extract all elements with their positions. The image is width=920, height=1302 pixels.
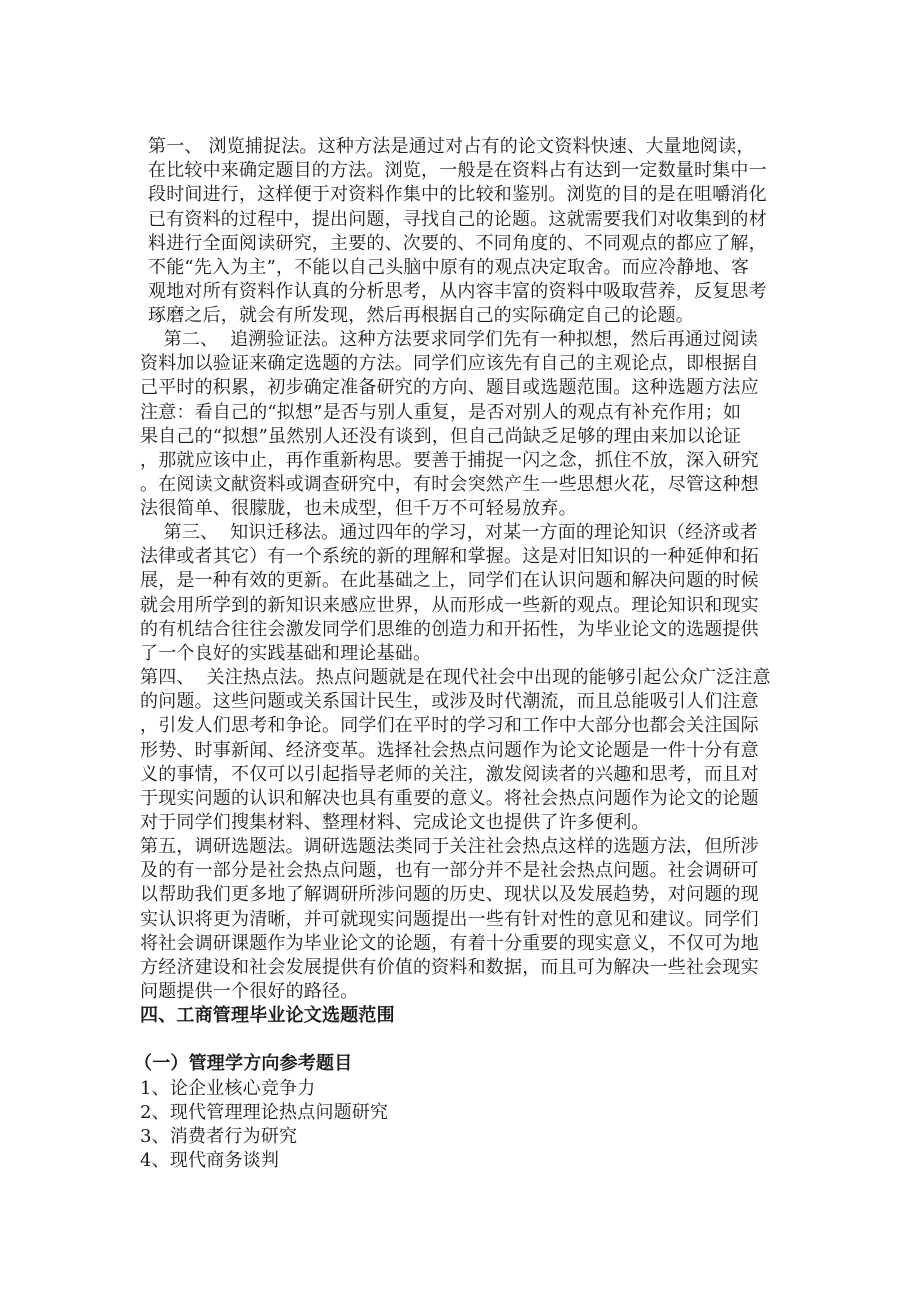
text-line: 果自己的“拟想”虽然别人还没有谈到，但自己尚缺乏足够的理由来加以论证 xyxy=(140,425,800,449)
text-line: 就会用所学到的新知识来感应世界，从而形成一些新的观点。理论知识和现实 xyxy=(140,594,800,618)
topic-item: 3、消费者行为研究 xyxy=(140,1125,800,1149)
text-line: 将社会调研课题作为毕业论文的论题，有着十分重要的现实意义，不仅可为地 xyxy=(140,932,800,956)
text-line: 展，是一种有效的更新。在此基础之上，同学们在认识问题和解决问题的时候 xyxy=(140,569,800,593)
text-line: 实认识将更为清晰，并可就现实问题提出一些有针对性的意见和建议。同学们 xyxy=(140,908,800,932)
text-line: 观地对所有资料作认真的分析思考，从内容丰富的资料中吸取营养，反复思考 xyxy=(140,280,800,304)
text-line: 以帮助我们更多地了解调研所涉问题的历史、现状以及发展趋势，对问题的现 xyxy=(140,883,800,907)
text-line: 问题提供一个很好的路径。 xyxy=(140,980,800,1004)
paragraph-method-5: 第五，调研选题法。调研选题法类同于关注社会热点这样的选题方法，但所涉 及的有一部… xyxy=(140,835,800,1004)
text-line: 料进行全面阅读研究，主要的、次要的、不同角度的、不同观点的都应了解， xyxy=(140,232,800,256)
text-line: ，引发人们思考和争论。同学们在平时的学习和工作中大部分也都会关注国际 xyxy=(140,714,800,738)
topic-item: 2、现代管理理论热点问题研究 xyxy=(140,1101,800,1125)
text-line: 对于同学们搜集材料、整理材料、完成论文也提供了许多便利。 xyxy=(140,811,800,835)
text-line: 形势、时事新闻、经济变革。选择社会热点问题作为论文论题是一件十分有意 xyxy=(140,739,800,763)
text-line: 在比较中来确定题目的方法。浏览，一般是在资料占有达到一定数量时集中一 xyxy=(140,159,800,183)
text-line: 资料加以验证来确定选题的方法。同学们应该先有自己的主观论点，即根据自 xyxy=(140,352,800,376)
text-line: 第四、 关注热点法。热点问题就是在现代社会中出现的能够引起公众广泛注意 xyxy=(140,666,800,690)
subsection-heading: （一）管理学方向参考题目 xyxy=(134,1052,800,1076)
text-line: 第一、 浏览捕捉法。这种方法是通过对占有的论文资料快速、大量地阅读， xyxy=(140,135,800,159)
text-line: 的有机结合往往会激发同学们思维的创造力和开拓性，为毕业论文的选题提供 xyxy=(140,618,800,642)
text-line: 于现实问题的认识和解决也具有重要的意义。将社会热点问题作为论文的论题 xyxy=(140,787,800,811)
paragraph-method-1: 第一、 浏览捕捉法。这种方法是通过对占有的论文资料快速、大量地阅读， 在比较中来… xyxy=(140,135,800,329)
text-line: 不能“先入为主”，不能以自己头脑中原有的观点决定取舍。而应冷静地、客 xyxy=(140,256,800,280)
topic-item: 1、论企业核心竞争力 xyxy=(140,1077,800,1101)
text-line: 第三、 知识迁移法。通过四年的学习，对某一方面的理论知识（经济或者 xyxy=(140,521,800,545)
text-line: 方经济建设和社会发展提供有价值的资料和数据，而且可为解决一些社会现实 xyxy=(140,956,800,980)
paragraph-method-3: 第三、 知识迁移法。通过四年的学习，对某一方面的理论知识（经济或者 法律或者其它… xyxy=(140,521,800,666)
paragraph-method-2: 第二、 追溯验证法。这种方法要求同学们先有一种拟想，然后再通过阅读 资料加以验证… xyxy=(140,328,800,522)
topic-item: 4、现代商务谈判 xyxy=(140,1149,800,1173)
text-line: 及的有一部分是社会热点问题，也有一部分并不是社会热点问题。社会调研可 xyxy=(140,859,800,883)
paragraph-method-4: 第四、 关注热点法。热点问题就是在现代社会中出现的能够引起公众广泛注意 的问题。… xyxy=(140,666,800,835)
text-line: 。在阅读文献资料或调查研究中，有时会突然产生一些思想火花，尽管这种想 xyxy=(140,473,800,497)
text-line: 义的事情，不仅可以引起指导老师的关注，激发阅读者的兴趣和思考，而且对 xyxy=(140,763,800,787)
text-line: 琢磨之后，就会有所发现，然后再根据自己的实际确定自己的论题。 xyxy=(140,304,800,328)
text-line: 己平时的积累，初步确定准备研究的方向、题目或选题范围。这种选题方法应 xyxy=(140,376,800,400)
text-line: 的问题。这些问题或关系国计民生，或涉及时代潮流，而且总能吸引人们注意 xyxy=(140,690,800,714)
text-line: 第二、 追溯验证法。这种方法要求同学们先有一种拟想，然后再通过阅读 xyxy=(140,328,800,352)
text-line: 法很简单、很朦胧，也未成型，但千万不可轻易放弃。 xyxy=(140,497,800,521)
text-line: 注意：看自己的“拟想”是否与别人重复，是否对别人的观点有补充作用；如 xyxy=(140,401,800,425)
document-page: 第一、 浏览捕捉法。这种方法是通过对占有的论文资料快速、大量地阅读， 在比较中来… xyxy=(0,0,920,1302)
text-line: 已有资料的过程中，提出问题，寻找自己的论题。这就需要我们对收集到的材 xyxy=(140,208,800,232)
text-line: 法律或者其它）有一个系统的新的理解和掌握。这是对旧知识的一种延伸和拓 xyxy=(140,545,800,569)
blank-line xyxy=(140,1028,800,1052)
section-heading: 四、工商管理毕业论文选题范围 xyxy=(140,1004,800,1028)
text-line: ，那就应该中止，再作重新构思。要善于捕捉一闪之念，抓住不放，深入研究 xyxy=(140,449,800,473)
text-line: 第五，调研选题法。调研选题法类同于关注社会热点这样的选题方法，但所涉 xyxy=(140,835,800,859)
section-block: 四、工商管理毕业论文选题范围 （一）管理学方向参考题目 1、论企业核心竞争力 2… xyxy=(140,1004,800,1173)
text-line: 了一个良好的实践基础和理论基础。 xyxy=(140,642,800,666)
text-line: 段时间进行，这样便于对资料作集中的比较和鉴别。浏览的目的是在咀嚼消化 xyxy=(140,183,800,207)
